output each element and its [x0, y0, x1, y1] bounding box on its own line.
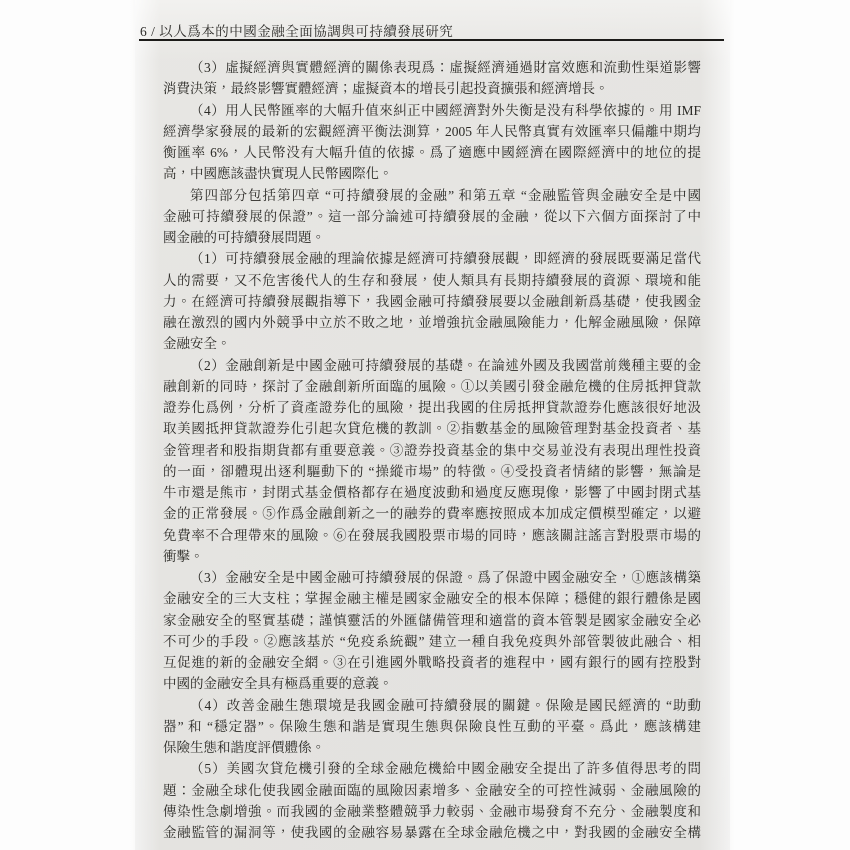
text-line: 互促進的新的金融安全網。③在引進國外戰略投資者的進程中，國有銀行的國有控股對 [163, 652, 701, 673]
text-line: 衝擊。 [163, 546, 701, 567]
text-line: 經濟學家發展的最新的宏觀經濟平衡法測算，2005 年人民幣真實有效匯率只偏離中期… [163, 121, 701, 142]
text-line: （3）金融安全是中國金融可持續發展的保證。爲了保證中國金融安全，①應該構築 [163, 567, 701, 588]
text-line: （4）用人民幣匯率的大幅升值來糾正中國經濟對外失衡是没有科學依據的。用 IMF [163, 100, 701, 121]
text-line: 傳染性急劇增強。而我國的金融業整體競爭力較弱、金融市場發育不充分、金融製度和 [163, 801, 701, 822]
scanned-book-page: 6 / 以人爲本的中國金融全面協調與可持續發展研究 （3）虛擬經濟與實體經濟的關… [0, 0, 850, 850]
text-line: 證券化爲例，分析了資產證券化的風險，提出我國的住房抵押貸款證券化應該很好地汲 [163, 397, 701, 418]
text-line: 不可少的手段。②應該基於 “免疫系統觀” 建立一種自我免疫與外部管製彼此融合、相 [163, 631, 701, 652]
text-line: 衡匯率 6%，人民幣没有大幅升值的依據。爲了適應中國經濟在國際經濟中的地位的提 [163, 142, 701, 163]
text-line: （5）美國次貸危機引發的全球金融危機給中國金融安全提出了許多值得思考的問 [163, 758, 701, 779]
text-line: 取美國抵押貸款證券化引起次貸危機的教訓。②指數基金的風險管理對基金投資者、基 [163, 418, 701, 439]
text-line: 金融安全的三大支柱；掌握金融主權是國家金融安全的根本保障；穩健的銀行體係是國 [163, 588, 701, 609]
text-line: （4）改善金融生態環境是我國金融可持續發展的關鍵。保險是國民經濟的 “助動 [163, 695, 701, 716]
text-line: （2）金融創新是中國金融可持續發展的基礎。在論述外國及我國當前幾種主要的金 [163, 355, 701, 376]
text-line: 金的正常發展。⑤作爲金融創新之一的融券的費率應按照成本加成定價模型確定，以避 [163, 503, 701, 524]
running-header: 6 / 以人爲本的中國金融全面協調與可持續發展研究 [140, 20, 724, 40]
text-line: 第四部分包括第四章 “可持續發展的金融” 和第五章 “金融監管與金融安全是中國 [163, 185, 701, 206]
text-line: 消費決策，最終影響實體經濟；虛擬資本的增長引起投資擴張和經濟增長。 [163, 78, 701, 99]
text-line: 人的需要，又不危害後代人的生存和發展，使人類具有長期持續發展的資源、環境和能 [163, 270, 701, 291]
text-line: 融在激烈的國内外競爭中立於不敗之地，並增強抗金融風險能力，化解金融風險，保障 [163, 312, 701, 333]
text-line: 家金融安全的堅實基礎；謹慎靈活的外匯儲備管理和適當的資本管製是國家金融安全必 [163, 610, 701, 631]
text-line: 金融可持續發展的保證”。這一部分論述可持續發展的金融，從以下六個方面探討了中 [163, 206, 701, 227]
text-line: 金融監管的漏洞等，使我國的金融容易暴露在全球金融危機之中，對我國的金融安全構 [163, 822, 701, 843]
text-line: 的一面，卻體現出逐利驅動下的 “操縱市場” 的特徵。④受投資者情緒的影響，無論是 [163, 461, 701, 482]
text-line: 中國的金融安全具有極爲重要的意義。 [163, 673, 701, 694]
text-line: 融創新的同時，探討了金融創新所面臨的風險。①以美國引發金融危機的住房抵押貸款 [163, 376, 701, 397]
text-line: 保險生態和諧度評價體係。 [163, 737, 701, 758]
text-line: 金融安全。 [163, 333, 701, 354]
text-line: 國金融的可持續發展問題。 [163, 227, 701, 248]
page-body: （3）虛擬經濟與實體經濟的關係表現爲：虛擬經濟通過財富效應和流動性渠道影響消費決… [163, 57, 701, 843]
text-line: 金管理者和股指期貨都有重要意義。③證券投資基金的集中交易並没有表現出理性投資 [163, 440, 701, 461]
text-line: 牛市還是熊市，封閉式基金價格都存在過度波動和過度反應現像，影響了中國封閉式基 [163, 482, 701, 503]
text-line: （1）可持續發展金融的理論依據是經濟可持續發展觀，即經濟的發展既要滿足當代 [163, 248, 701, 269]
text-line: 題：金融全球化使我國金融面臨的風險因素增多、金融安全的可控性減弱、金融風險的 [163, 780, 701, 801]
text-line: 高，中國應該盡快實現人民幣國際化。 [163, 163, 701, 184]
text-line: （3）虛擬經濟與實體經濟的關係表現爲：虛擬經濟通過財富效應和流動性渠道影響 [163, 57, 701, 78]
header-rule [139, 39, 724, 41]
text-line: 力。在經濟可持續發展觀指導下，我國金融可持續發展要以金融創新爲基礎，使我國金 [163, 291, 701, 312]
text-line: 器” 和 “穩定器”。保險生態和諧是實現生態與保險良性互動的平臺。爲此，應該構建 [163, 716, 701, 737]
text-line: 免費率不合理帶來的風險。⑥在發展我國股票市場的同時，應該關註謠言對股票市場的 [163, 525, 701, 546]
